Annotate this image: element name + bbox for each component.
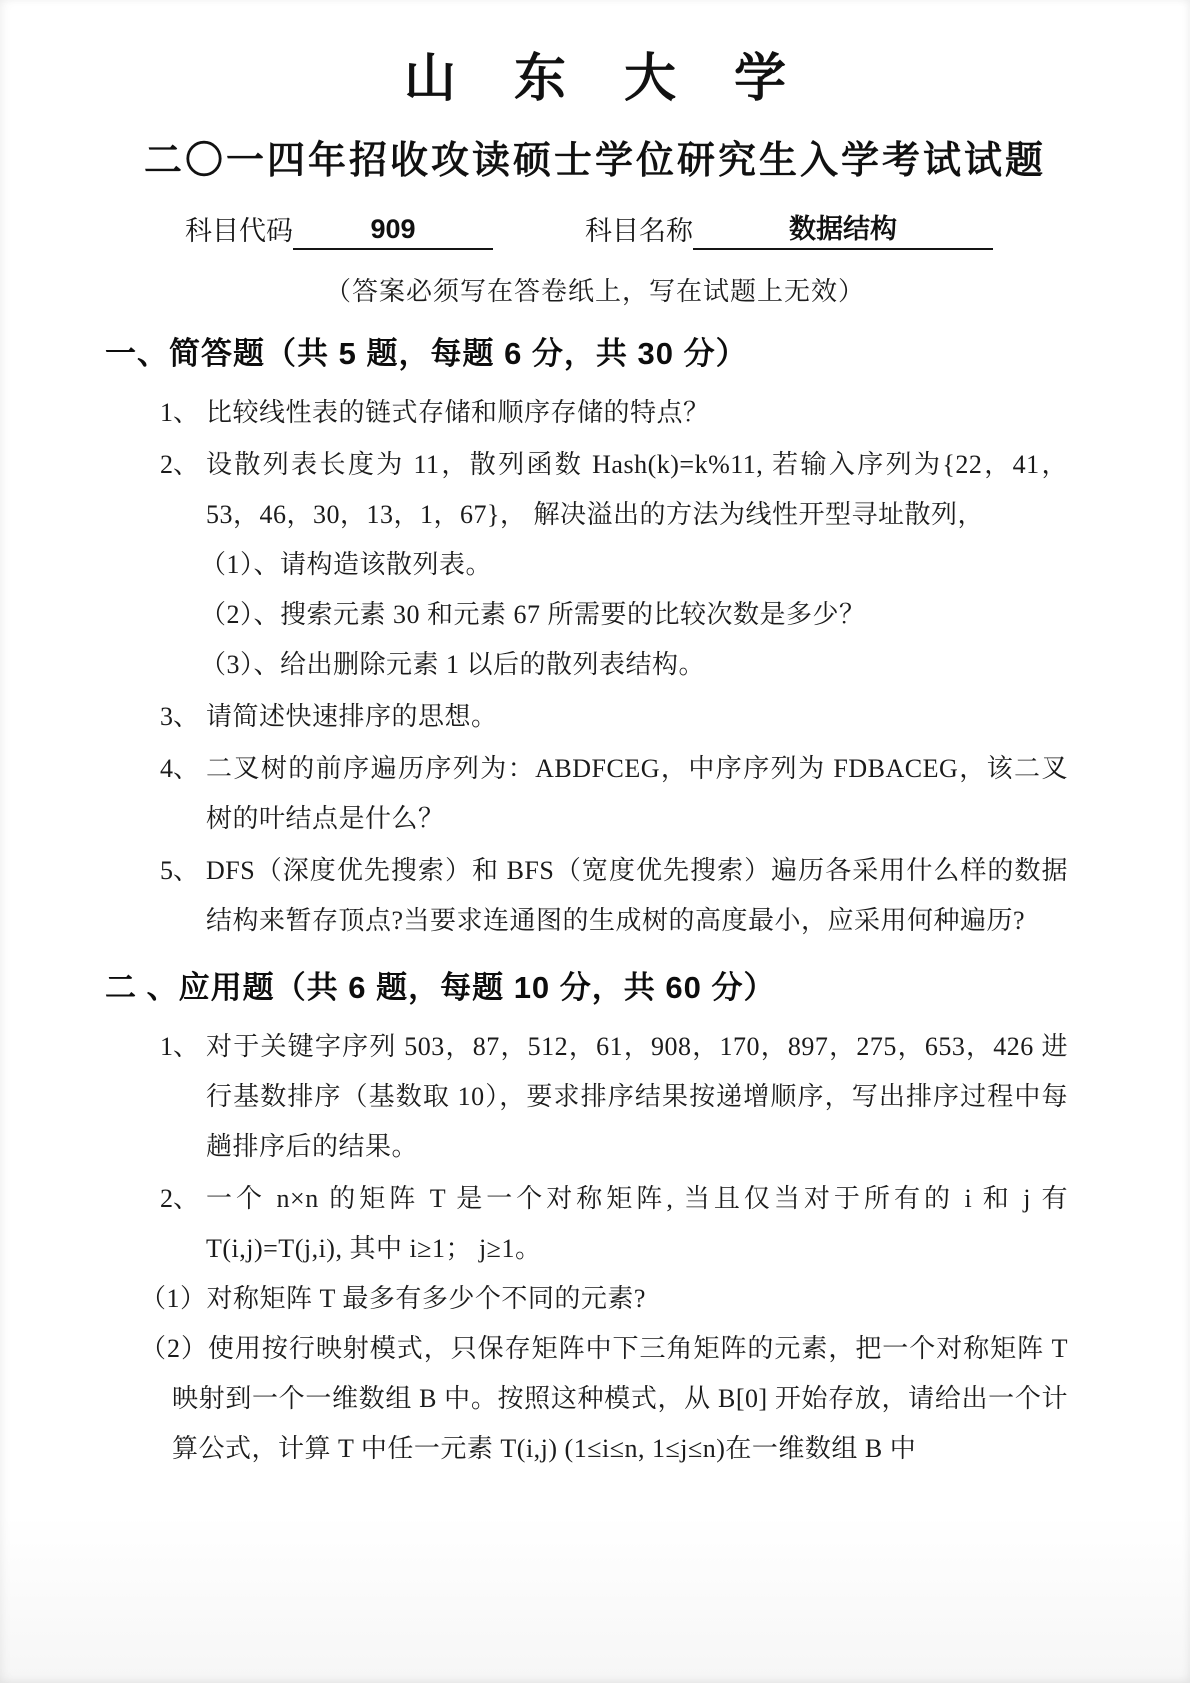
subject-row: 科目代码 909 科目名称 数据结构 [0,210,1190,250]
question-text: 对于关键字序列 503，87，512，61，908，170，897，275，65… [206,1022,1068,1172]
university-title: 山东大学 [0,48,1190,110]
question: 4、二叉树的前序遍历序列为：ABDFCEG，中序序列为 FDBACEG，该二叉树… [160,744,1068,844]
subject-code-value: 909 [293,210,493,250]
question-number: 5、 [160,846,206,946]
question-text: 二叉树的前序遍历序列为：ABDFCEG，中序序列为 FDBACEG，该二叉树的叶… [206,744,1068,844]
question-line: 3、请简述快速排序的思想。 [160,692,1068,742]
section: 一、简答题（共 5 题，每题 6 分，共 30 分）1、比较线性表的链式存储和顺… [0,332,1190,946]
subject-name-value: 数据结构 [693,210,993,250]
subject-code-label: 科目代码 [185,212,293,250]
sections-container: 一、简答题（共 5 题，每题 6 分，共 30 分）1、比较线性表的链式存储和顺… [0,332,1190,1474]
question-text: 一个 n×n 的矩阵 T 是一个对称矩阵, 当且仅当对于所有的 i 和 j 有 … [206,1174,1068,1274]
question-line: 1、比较线性表的链式存储和顺序存储的特点？ [160,388,1068,438]
subject-name-label: 科目名称 [585,212,693,250]
question: 2、一个 n×n 的矩阵 T 是一个对称矩阵, 当且仅当对于所有的 i 和 j … [160,1174,1068,1474]
sub-question: （1）、请构造该散列表。 [200,540,1068,590]
question-line: 4、二叉树的前序遍历序列为：ABDFCEG，中序序列为 FDBACEG，该二叉树… [160,744,1068,844]
exam-title: 二〇一四年招收攻读硕士学位研究生入学考试试题 [0,136,1190,186]
question: 2、设散列表长度为 11，散列函数 Hash(k)=k%11, 若输入序列为{2… [160,440,1068,690]
question-number: 1、 [160,388,206,438]
question-number: 4、 [160,744,206,844]
answer-notice: （答案必须写在答卷纸上，写在试题上无效） [0,272,1190,312]
sub-question: （2）使用按行映射模式，只保存矩阵中下三角矩阵的元素，把一个对称矩阵 T 映射到… [140,1324,1068,1474]
question-line: 1、对于关键字序列 503，87，512，61，908，170，897，275，… [160,1022,1068,1172]
question-number: 3、 [160,692,206,742]
question: 5、DFS（深度优先搜索）和 BFS（宽度优先搜索）遍历各采用什么样的数据结构来… [160,846,1068,946]
question-number: 1、 [160,1022,206,1172]
question: 1、比较线性表的链式存储和顺序存储的特点？ [160,388,1068,438]
question-text: DFS（深度优先搜索）和 BFS（宽度优先搜索）遍历各采用什么样的数据结构来暂存… [206,846,1068,946]
section-heading: 二 、应用题（共 6 题，每题 10 分，共 60 分） [105,966,1068,1010]
question-number: 2、 [160,1174,206,1274]
question-text: 设散列表长度为 11，散列函数 Hash(k)=k%11, 若输入序列为{22，… [206,440,1068,540]
question-text: 比较线性表的链式存储和顺序存储的特点？ [206,388,1068,438]
exam-paper-page: 山东大学 二〇一四年招收攻读硕士学位研究生入学考试试题 科目代码 909 科目名… [0,0,1190,1683]
sub-question: （1）对称矩阵 T 最多有多少个不同的元素? [140,1274,1068,1324]
section: 二 、应用题（共 6 题，每题 10 分，共 60 分）1、对于关键字序列 50… [0,966,1190,1474]
question-line: 2、一个 n×n 的矩阵 T 是一个对称矩阵, 当且仅当对于所有的 i 和 j … [160,1174,1068,1274]
question-text: 请简述快速排序的思想。 [206,692,1068,742]
question-line: 5、DFS（深度优先搜索）和 BFS（宽度优先搜索）遍历各采用什么样的数据结构来… [160,846,1068,946]
question-line: 2、设散列表长度为 11，散列函数 Hash(k)=k%11, 若输入序列为{2… [160,440,1068,540]
question: 3、请简述快速排序的思想。 [160,692,1068,742]
section-heading: 一、简答题（共 5 题，每题 6 分，共 30 分） [105,332,1068,376]
sub-question: （3）、给出删除元素 1 以后的散列表结构。 [200,640,1068,690]
question: 1、对于关键字序列 503，87，512，61，908，170，897，275，… [160,1022,1068,1172]
sub-question: （2）、搜索元素 30 和元素 67 所需要的比较次数是多少？ [200,590,1068,640]
question-number: 2、 [160,440,206,540]
